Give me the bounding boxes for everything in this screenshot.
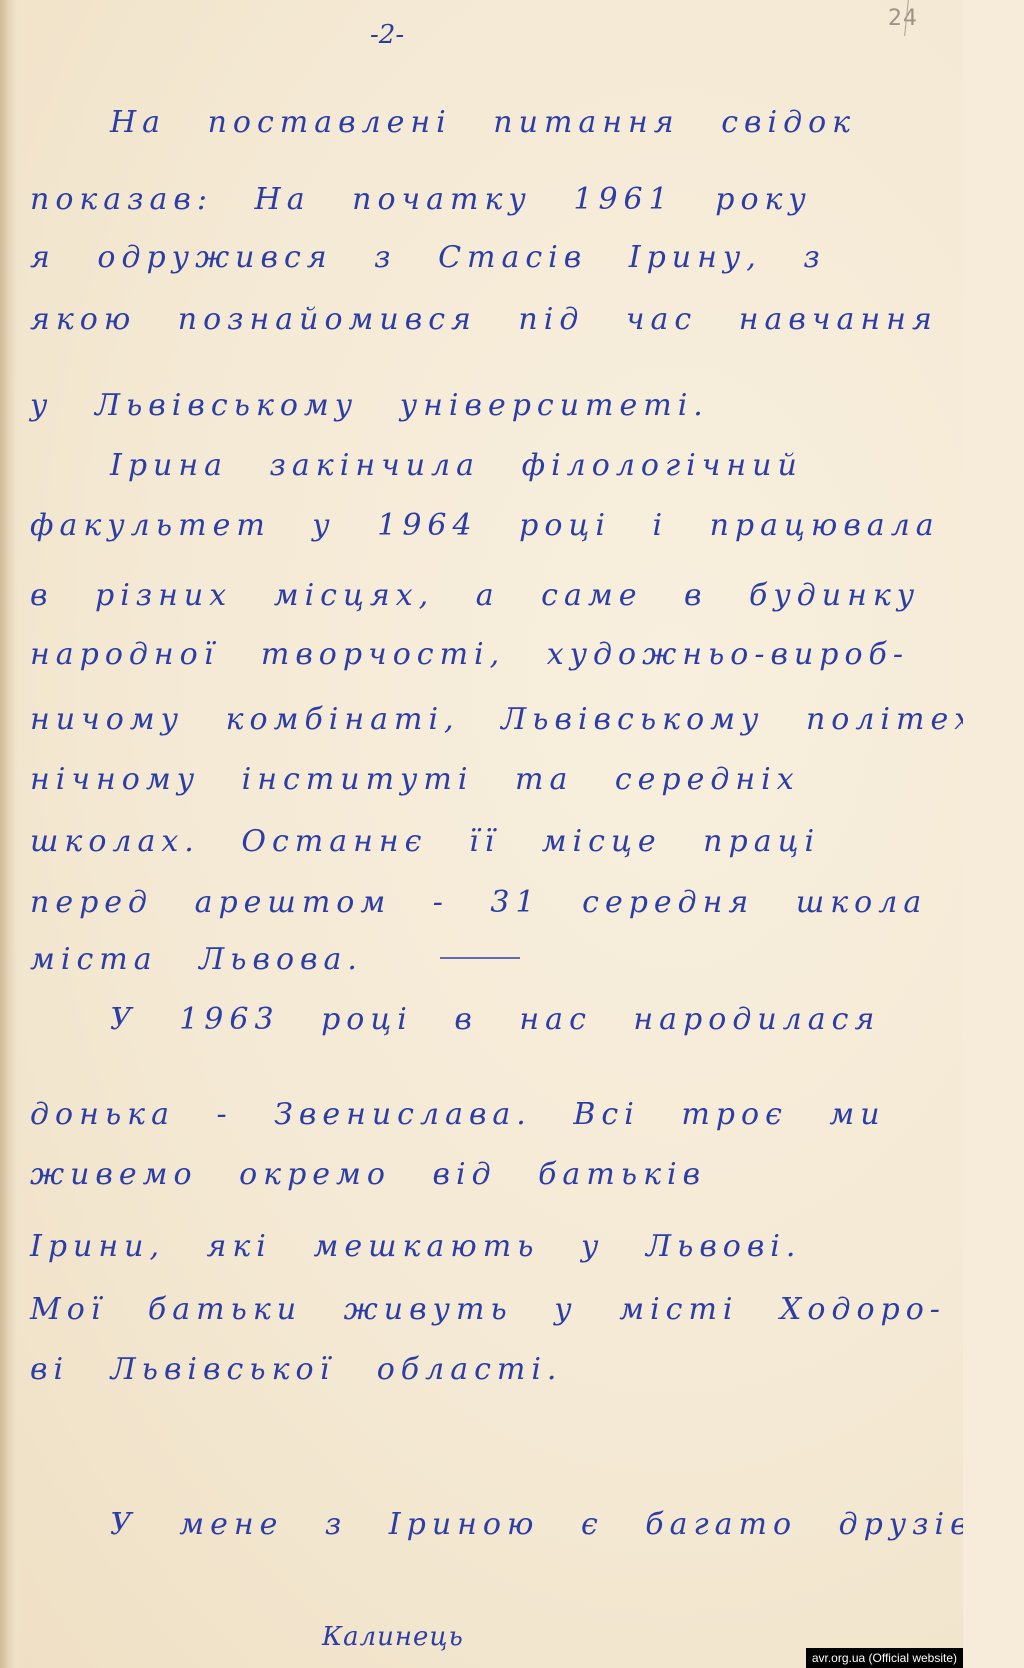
text-line: ві Львівської області. — [30, 1350, 943, 1390]
text-line: міста Львова. — [30, 940, 943, 980]
text-line: якою познайомився під час навчання — [30, 300, 943, 340]
text-line: факультет у 1964 році і працювала — [30, 506, 943, 546]
document-page: -2- 24 На поставлені питання свідок пока… — [0, 0, 963, 1668]
text-line: живемо окремо від батьків — [30, 1155, 943, 1195]
paper-edge — [0, 0, 16, 1668]
text-line: показав: На початку 1961 року — [30, 180, 943, 220]
text-line: перед арештом - 31 середня школа — [30, 883, 943, 923]
text-line: я одружився з Стасів Ірину, з — [30, 238, 943, 278]
text-line: У мене з Іриною є багато друзів — [30, 1505, 943, 1545]
text-line: у Львівському університеті. — [30, 386, 943, 426]
text-line: народної творчості, художньо-вироб- — [30, 635, 943, 675]
text-line: Мої батьки живуть у місті Ходоро- — [30, 1290, 943, 1330]
text-line: донька - Звенислава. Всі троє ми — [30, 1095, 943, 1135]
text-line: Ірина закінчила філологічний — [30, 446, 943, 486]
signature: Калинець — [322, 1622, 464, 1652]
line-filler-dash — [440, 957, 520, 959]
source-watermark: avr.org.ua (Official website) — [806, 1648, 963, 1668]
text-line: У 1963 році в нас народилася — [30, 1000, 943, 1040]
text-line: Ірини, які мешкають у Львові. — [30, 1227, 943, 1267]
text-line: На поставлені питання свідок — [30, 103, 943, 143]
folio-number: 24 — [888, 6, 918, 31]
page-number: -2- — [370, 20, 404, 50]
text-line: в різних місцях, а саме в будинку — [30, 576, 943, 616]
text-line: школах. Останнє її місце праці — [30, 822, 943, 862]
text-line: нічному інституті та середніх — [30, 760, 943, 800]
text-line: ничому комбінаті, Львівському політех- — [30, 700, 943, 740]
